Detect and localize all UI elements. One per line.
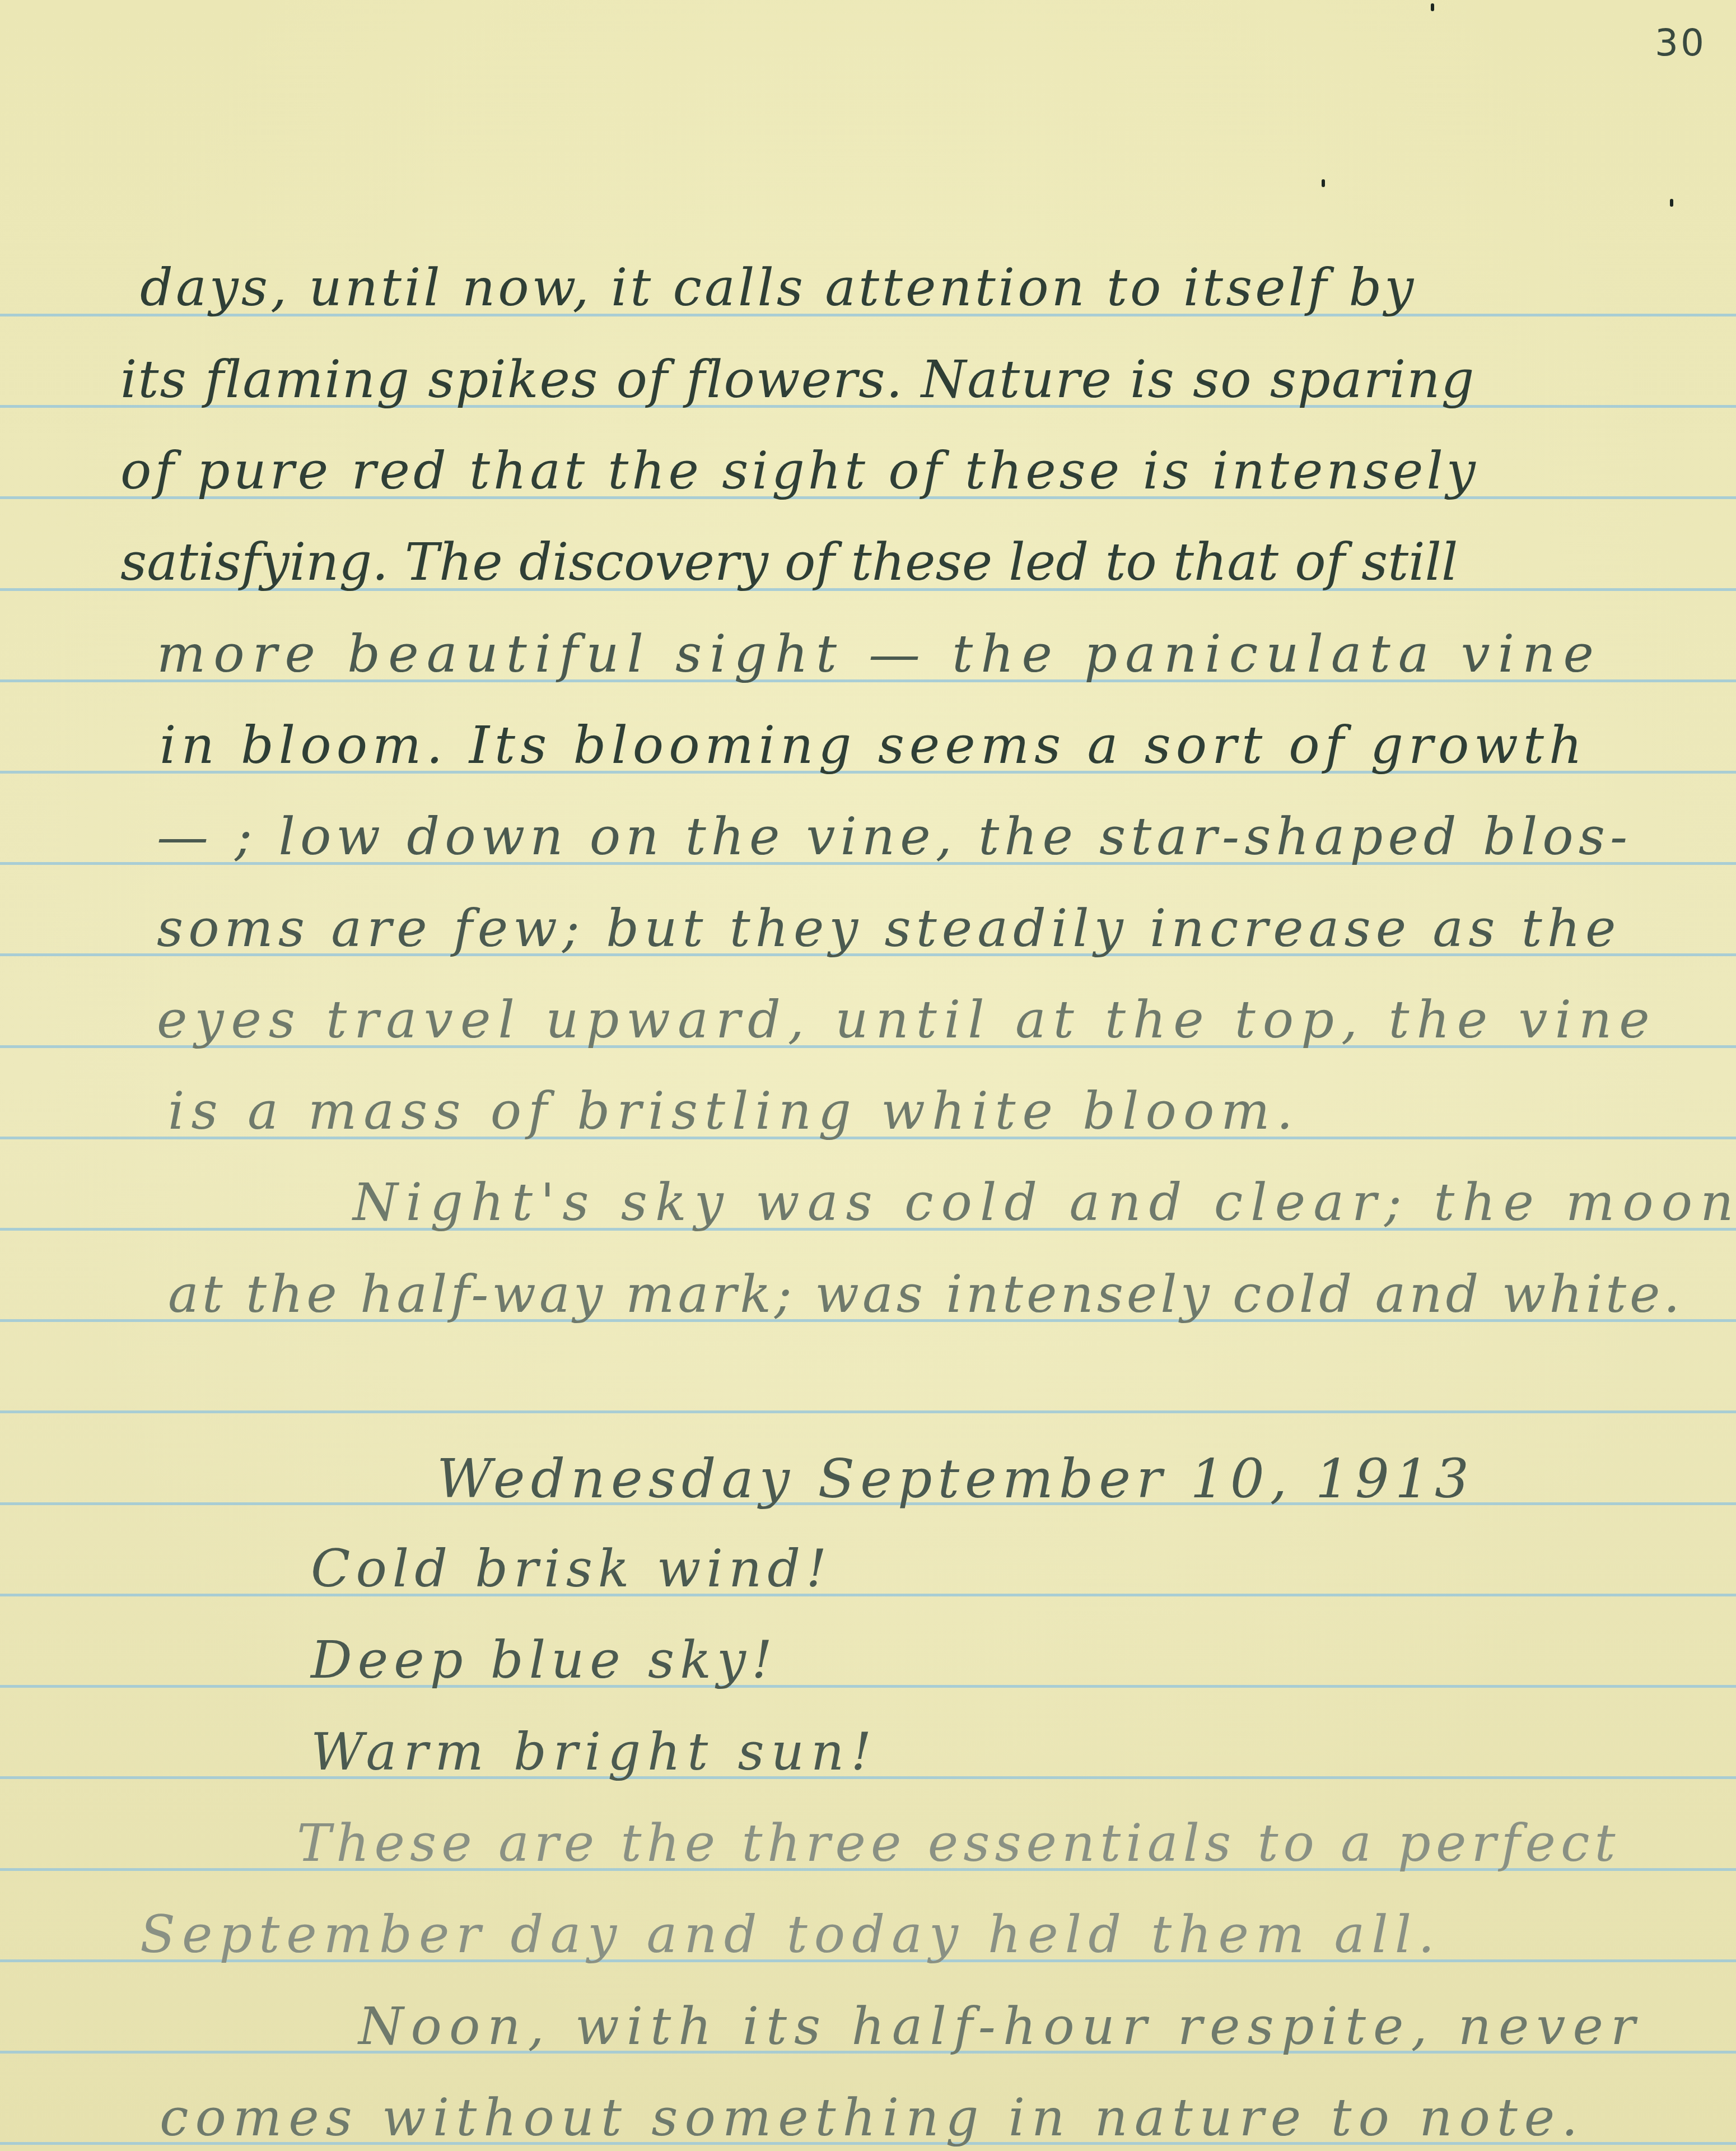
handwritten-line: days, until now, it calls attention to i… [140,262,1416,314]
entry-date-heading: Wednesday September 10, 1913 [437,1452,1474,1506]
handwritten-line: Warm bright sun! [311,1726,878,1778]
handwritten-line: September day and today held them all. [140,1909,1441,1961]
handwritten-line: soms are few; but they steadily increase… [157,903,1621,955]
handwritten-line: at the half-way mark; was intensely cold… [168,1269,1683,1320]
handwritten-line: Deep blue sky! [311,1635,778,1686]
handwritten-line: These are the three essentials to a perf… [297,1818,1620,1869]
page-number: 30 [1655,21,1706,64]
ruled-line [0,1410,1736,1413]
notebook-page: 30 days, until now, it calls attention t… [0,0,1736,2151]
handwritten-line: — ; low down on the vine, the star-shape… [157,811,1632,863]
ruled-line [0,1594,1736,1596]
ink-speck [1670,199,1673,207]
handwritten-line: Night's sky was cold and clear; the moon [353,1177,1736,1228]
ink-speck [1322,179,1325,187]
ink-speck [1431,3,1434,11]
handwritten-line: satisfying. The discovery of these led t… [120,537,1458,588]
handwritten-line: of pure red that the sight of these is i… [120,445,1479,497]
handwritten-line: Cold brisk wind! [311,1543,832,1595]
handwritten-line: is a mass of bristling white bloom. [168,1086,1300,1137]
handwritten-line: its flaming spikes of flowers. Nature is… [120,354,1475,406]
ruled-line [0,1685,1736,1688]
handwritten-line: more beautiful sight — the paniculata vi… [157,628,1602,680]
handwritten-line: Noon, with its half-hour respite, never [358,2001,1642,2052]
handwritten-line: comes without something in nature to not… [160,2092,1584,2144]
handwritten-line: in bloom. Its blooming seems a sort of g… [160,720,1587,771]
handwritten-line: eyes travel upward, until at the top, th… [157,994,1657,1046]
